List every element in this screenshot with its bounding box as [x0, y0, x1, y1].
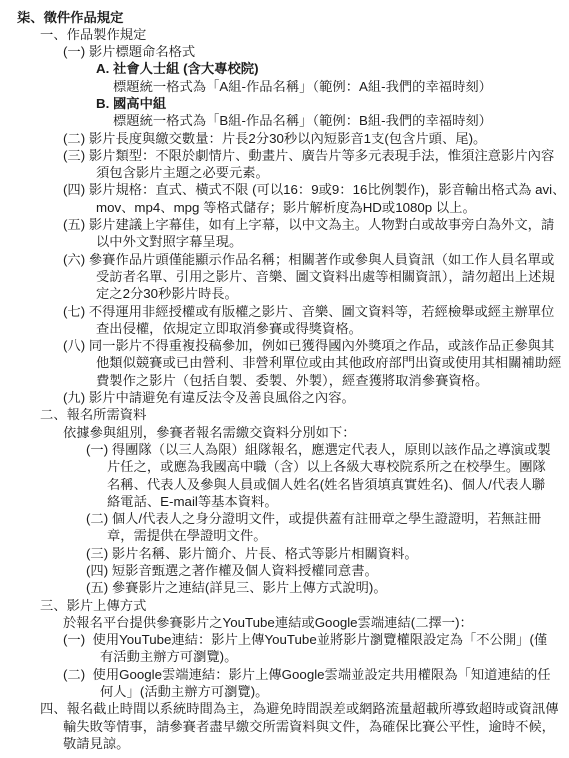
list-item: (四) 短影音甄選之著作權及個人資料授權同意書。	[0, 562, 569, 579]
doc-title: 柒、徵件作品規定	[0, 9, 569, 26]
list-item: (九) 影片中請避免有違反法令及善良風俗之內容。	[0, 389, 569, 406]
section-heading: 三、影片上傳方式	[0, 597, 569, 614]
section-intro: 依據參與組別，參賽者報名需繳交資料分別如下：	[0, 424, 569, 441]
section-heading: 一、作品製作規定	[0, 26, 569, 43]
list-item: (三) 影片名稱、影片簡介、片長、格式等影片相關資料。	[0, 545, 569, 562]
text-continuation: 以中外文對照字幕呈現。	[0, 233, 569, 250]
list-item: (六) 參賽作品片頭僅能顯示作品名稱；相關著作或參與人員資訊（如工作人員名單或	[0, 251, 569, 268]
document-body: 柒、徵件作品規定一、作品製作規定(一) 影片標題命名格式A. 社會人士組 (含大…	[0, 9, 569, 753]
text-continuation: mov、mp4、mpg 等格式儲存；影片解析度為HD或1080p 以上。	[0, 199, 569, 216]
text-continuation: 標題統一格式為「A組-作品名稱」（範例：A組-我們的幸福時刻）	[0, 78, 569, 95]
text-continuation: 他類似競賽或已由營利、非營利單位或由其他政府部門出資或使用其相關補助經	[0, 354, 569, 371]
text-continuation: 片任之，或應為我國高中職（含）以上各級大專校院系所之在校學生。團隊	[0, 458, 569, 475]
list-item: (四) 影片規格：直式、橫式不限 (可以16：9或9：16比例製作)，影音輸出格…	[0, 181, 569, 198]
list-item: (二) 使用Google雲端連結：影片上傳Google雲端並設定共用權限為「知道…	[0, 666, 569, 683]
text-continuation: 定之2分30秒影片時長。	[0, 285, 569, 302]
section-heading: 二、報名所需資料	[0, 406, 569, 423]
list-item: (一) 使用YouTube連結：影片上傳YouTube並將影片瀏覽權限設定為「不…	[0, 631, 569, 648]
text-continuation: 標題統一格式為「B組-作品名稱」（範例：B組-我們的幸福時刻）	[0, 112, 569, 129]
text-continuation: 名稱、代表人及參與人員或個人姓名(姓名皆須填真實姓名)、個人/代表人聯	[0, 476, 569, 493]
text-continuation: 章，需提供在學證明文件。	[0, 527, 569, 544]
list-item: (一) 得團隊（以三人為限）組隊報名，應選定代表人，原則以該作品之導演或製	[0, 441, 569, 458]
text-continuation: 有活動主辦方可瀏覽)。	[0, 648, 569, 665]
group-label: A. 社會人士組 (含大專校院)	[0, 60, 569, 77]
text-continuation: 查出侵權，依規定立即取消參賽或得獎資格。	[0, 320, 569, 337]
text-continuation: 須包含影片主題之必要元素。	[0, 164, 569, 181]
list-item: (五) 參賽影片之連結(詳見三、影片上傳方式說明)。	[0, 579, 569, 596]
list-item: (八) 同一影片不得重複投稿參加，例如已獲得國內外獎項之作品，或該作品正參與其	[0, 337, 569, 354]
list-item: (三) 影片類型：不限於劇情片、動畫片、廣告片等多元表現手法，惟須注意影片內容	[0, 147, 569, 164]
list-item: (二) 個人/代表人之身分證明文件，或提供蓋有註冊章之學生證證明，若無註冊	[0, 510, 569, 527]
list-item: (七) 不得運用非經授權或有版權之影片、音樂、圖文資料等，若經檢舉或經主辦單位	[0, 303, 569, 320]
section-intro: 於報名平台提供參賽影片之YouTube連結或Google雲端連結(二擇一)：	[0, 614, 569, 631]
group-label: B. 國高中組	[0, 95, 569, 112]
text-continuation: 費製作之影片（包括自製、委製、外製），經查獲將取消參賽資格。	[0, 372, 569, 389]
list-item: (五) 影片建議上字幕佳，如有上字幕，以中文為主。人物對白或故事旁白為外文，請	[0, 216, 569, 233]
text-continuation: 輸失敗等情事，請參賽者盡早繳交所需資料與文件，為確保比賽公平性，逾時不候，	[0, 718, 569, 735]
text-continuation: 敬請見諒。	[0, 735, 569, 752]
text-continuation: 何人」(活動主辦方可瀏覽)。	[0, 683, 569, 700]
text-continuation: 受訪者名單、引用之影片、音樂、圖文資料出處等相關資訊），請勿超出上述規	[0, 268, 569, 285]
text-continuation: 絡電話、E-mail等基本資料。	[0, 493, 569, 510]
list-item: (二) 影片長度與繳交數量：片長2分30秒以內短影音1支(包含片頭、尾)。	[0, 130, 569, 147]
section-heading: 四、報名截止時間以系統時間為主，為避免時間誤差或網路流量超載所導致超時或資訊傳	[0, 700, 569, 717]
list-item: (一) 影片標題命名格式	[0, 43, 569, 60]
document-page: 柒、徵件作品規定一、作品製作規定(一) 影片標題命名格式A. 社會人士組 (含大…	[0, 0, 569, 758]
